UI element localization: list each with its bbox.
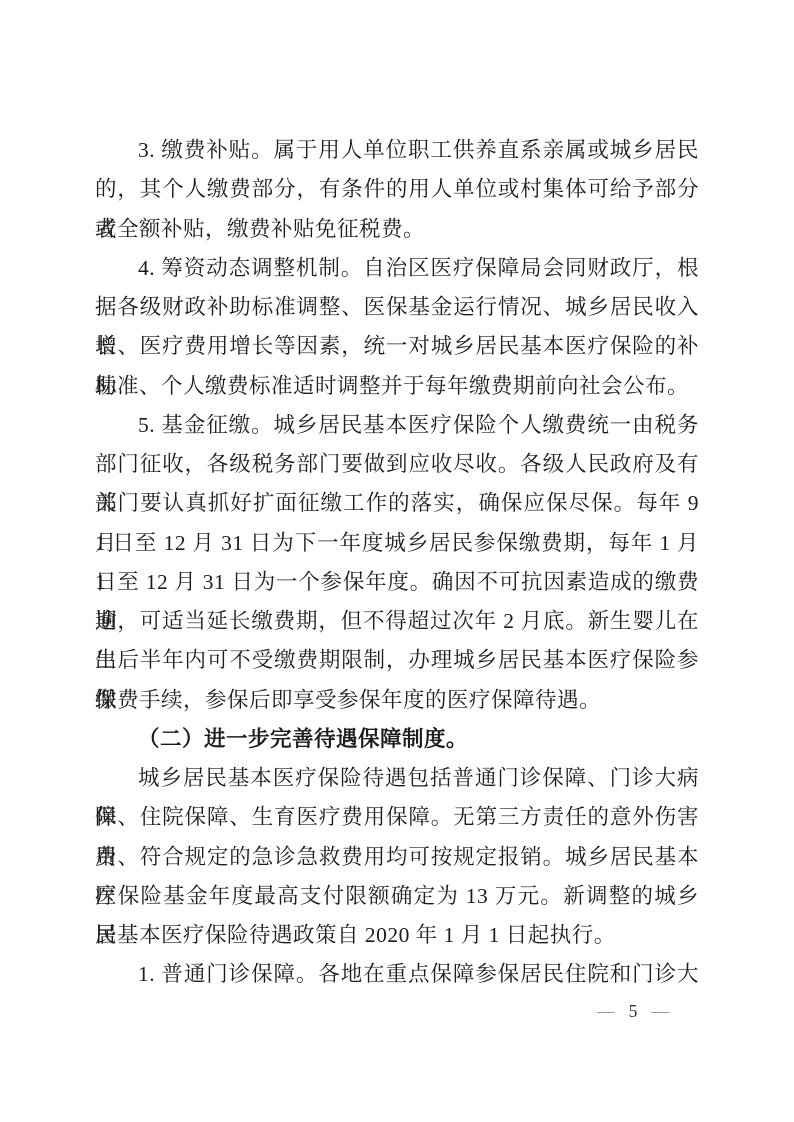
- page-number-dash-right: —: [651, 1001, 669, 1022]
- document-line: 部门要认真抓好扩面征缴工作的落实，确保应保尽保。每年 9 月: [95, 484, 699, 523]
- document-line: 障、住院保障、生育医疗费用保障。无第三方责任的意外伤害费: [95, 798, 699, 837]
- document-line: 3. 缴费补贴。属于用人单位职工供养直系亲属或城乡居民: [95, 131, 699, 170]
- document-line: 疗保险基金年度最高支付限额确定为 13 万元。新调整的城乡居: [95, 877, 699, 916]
- document-line: 日至 12 月 31 日为一个参保年度。确因不可抗因素造成的缴费逾: [95, 563, 699, 602]
- section-heading: （二）进一步完善待遇保障制度。: [95, 720, 699, 759]
- document-body: 3. 缴费补贴。属于用人单位职工供养直系亲属或城乡居民 的，其个人缴费部分，有条…: [95, 131, 699, 995]
- document-line: 标准、个人缴费标准适时调整并于每年缴费期前向社会公布。: [95, 367, 699, 406]
- document-line: 城乡居民基本医疗保险待遇包括普通门诊保障、门诊大病保: [95, 759, 699, 798]
- page-number: — 5 —: [560, 998, 706, 1024]
- document-line: 长、医疗费用增长等因素，统一对城乡居民基本医疗保险的补助: [95, 327, 699, 366]
- page-number-value: 5: [629, 1001, 638, 1022]
- document-line: 据各级财政补助标准调整、医保基金运行情况、城乡居民收入增: [95, 288, 699, 327]
- document-line: 缴费手续，参保后即享受参保年度的医疗保障待遇。: [95, 681, 699, 720]
- document-line: 5. 基金征缴。城乡居民基本医疗保险个人缴费统一由税务: [95, 406, 699, 445]
- page-number-dash-left: —: [597, 1001, 615, 1022]
- document-line: 用、符合规定的急诊急救费用均可按规定报销。城乡居民基本医: [95, 838, 699, 877]
- document-line: 者全额补贴，缴费补贴免征税费。: [95, 210, 699, 249]
- document-line: 4. 筹资动态调整机制。自治区医疗保障局会同财政厅，根: [95, 249, 699, 288]
- document-page: 3. 缴费补贴。属于用人单位职工供养直系亲属或城乡居民 的，其个人缴费部分，有条…: [0, 0, 794, 1122]
- document-line: 期，可适当延长缴费期，但不得超过次年 2 月底。新生婴儿在出: [95, 602, 699, 641]
- document-line: 民基本医疗保险待遇政策自 2020 年 1 月 1 日起执行。: [95, 916, 699, 955]
- document-line: 1. 普通门诊保障。各地在重点保障参保居民住院和门诊大: [95, 955, 699, 994]
- document-line: 生后半年内可不受缴费期限制，办理城乡居民基本医疗保险参保: [95, 641, 699, 680]
- document-line: 1 日至 12 月 31 日为下一年度城乡居民参保缴费期，每年 1 月 1: [95, 524, 699, 563]
- document-line: 部门征收，各级税务部门要做到应收尽收。各级人民政府及有关: [95, 445, 699, 484]
- document-line: 的，其个人缴费部分，有条件的用人单位或村集体可给予部分或: [95, 170, 699, 209]
